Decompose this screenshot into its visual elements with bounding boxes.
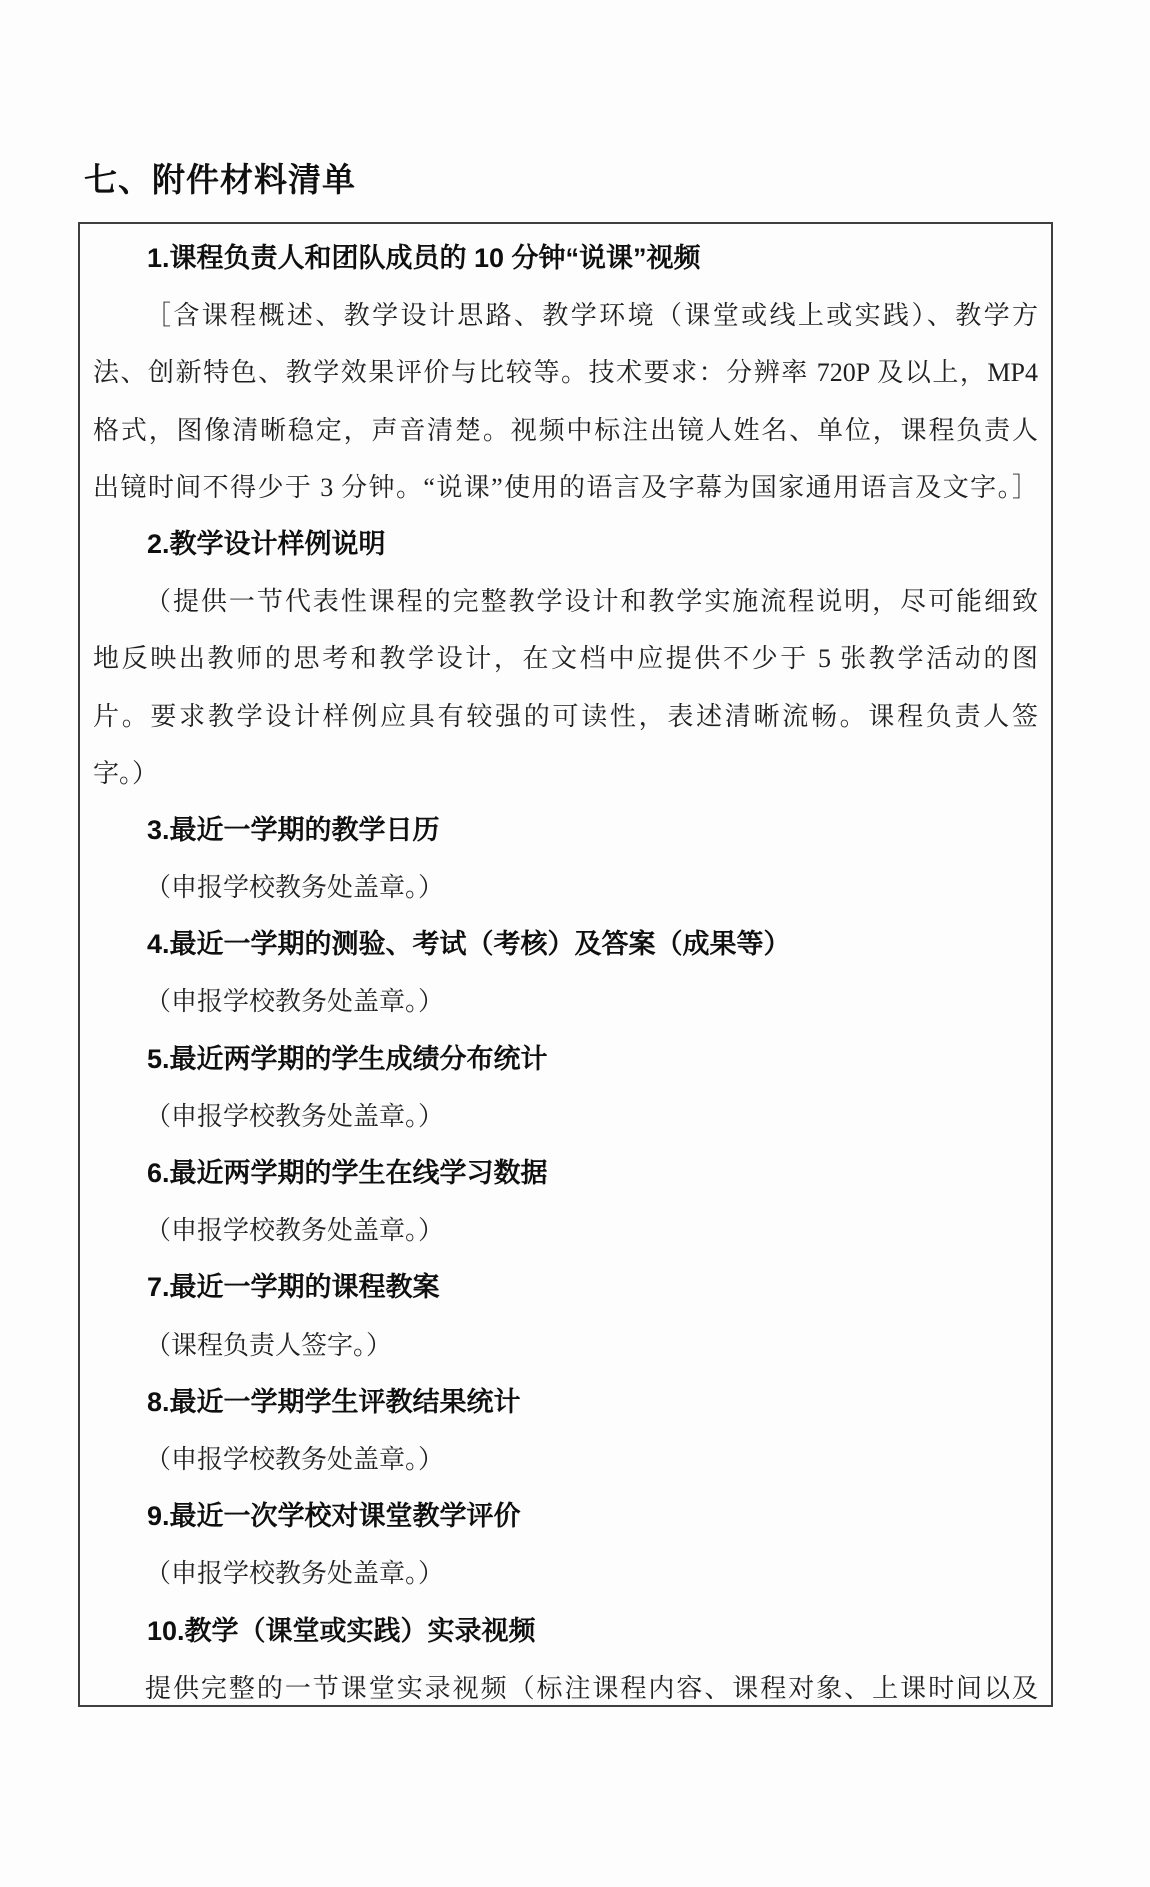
list-line-item: 1.课程负责人和团队成员的 10 分钟“说课”视频 (93, 230, 1038, 287)
list-line-item: 2.教学设计样例说明 (93, 516, 1038, 573)
list-line-body: （提供一节代表性课程的完整教学设计和教学实施流程说明，尽可能细致 (93, 573, 1038, 630)
attachment-box: 1.课程负责人和团队成员的 10 分钟“说课”视频［含课程概述、教学设计思路、教… (78, 222, 1053, 1707)
list-line-body: 地反映出教师的思考和教学设计，在文档中应提供不少于 5 张教学活动的图 (93, 630, 1038, 687)
list-line-body: 格式，图像清晰稳定，声音清楚。视频中标注出镜人姓名、单位，课程负责人 (93, 402, 1038, 459)
list-line-item: 7.最近一学期的课程教案 (93, 1259, 1038, 1316)
section-title: 七、附件材料清单 (84, 158, 356, 202)
list-line-item: 8.最近一学期学生评教结果统计 (93, 1374, 1038, 1431)
list-line-item: 6.最近两学期的学生在线学习数据 (93, 1145, 1038, 1202)
list-line-note: （课程负责人签字。） (93, 1317, 1038, 1374)
list-line-note: （申报学校教务处盖章。） (93, 859, 1038, 916)
list-line-body: 出镜时间不得少于 3 分钟。“说课”使用的语言及字幕为国家通用语言及文字。］ (93, 459, 1038, 516)
list-line-body: 法、创新特色、教学效果评价与比较等。技术要求：分辨率 720P 及以上，MP4 (93, 344, 1038, 401)
list-line-item: 10.教学（课堂或实践）实录视频 (93, 1603, 1038, 1660)
list-line-note: （申报学校教务处盖章。） (93, 1088, 1038, 1145)
document-page: 七、附件材料清单 1.课程负责人和团队成员的 10 分钟“说课”视频［含课程概述… (0, 0, 1150, 1887)
list-line-note: （申报学校教务处盖章。） (93, 1202, 1038, 1259)
list-line-body: 提供完整的一节课堂实录视频（标注课程内容、课程对象、上课时间以及 (93, 1660, 1038, 1707)
list-line-body: 字。） (93, 745, 1038, 802)
list-line-body: 片。要求教学设计样例应具有较强的可读性，表述清晰流畅。课程负责人签 (93, 688, 1038, 745)
list-line-note: （申报学校教务处盖章。） (93, 1431, 1038, 1488)
list-line-item: 4.最近一学期的测验、考试（考核）及答案（成果等） (93, 916, 1038, 973)
list-line-item: 3.最近一学期的教学日历 (93, 802, 1038, 859)
list-line-item: 9.最近一次学校对课堂教学评价 (93, 1488, 1038, 1545)
list-line-body: ［含课程概述、教学设计思路、教学环境（课堂或线上或实践）、教学方 (93, 287, 1038, 344)
list-line-item: 5.最近两学期的学生成绩分布统计 (93, 1031, 1038, 1088)
list-line-note: （申报学校教务处盖章。） (93, 973, 1038, 1030)
list-line-note: （申报学校教务处盖章。） (93, 1545, 1038, 1602)
